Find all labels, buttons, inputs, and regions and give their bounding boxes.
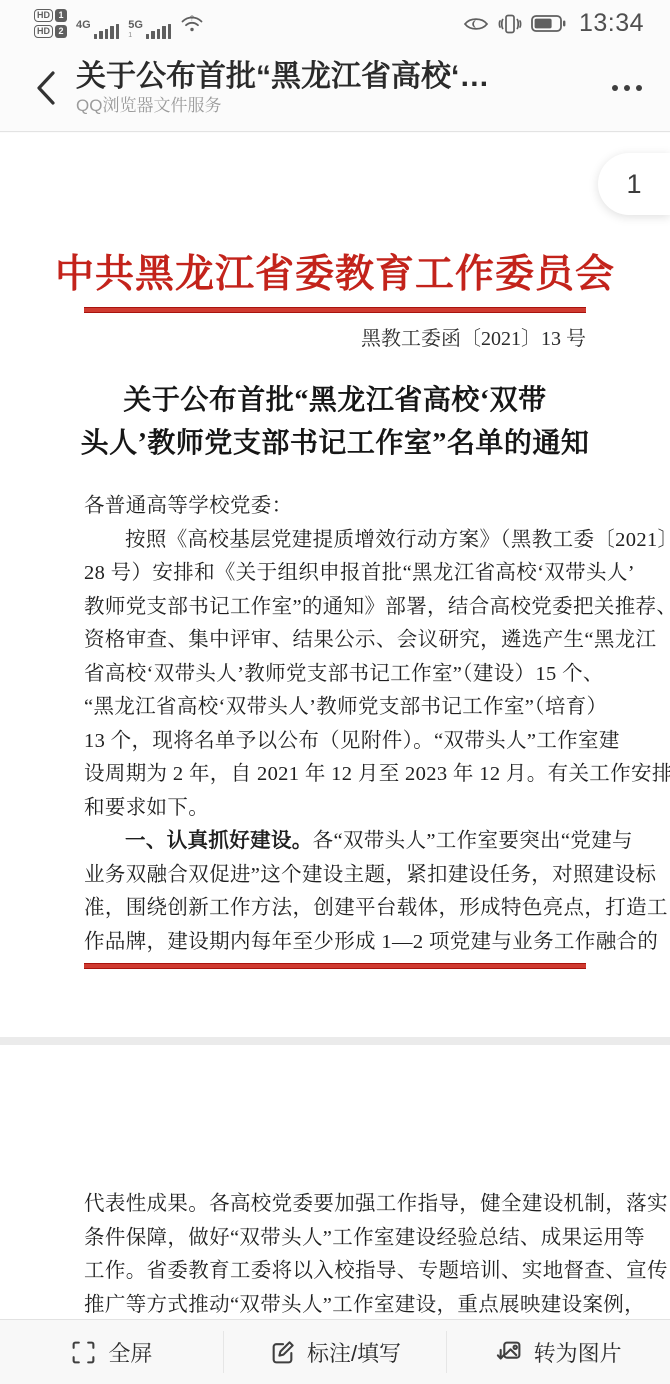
signal-4g-icon: 4G [76, 9, 119, 39]
document-title: 关于公布首批“黑龙江省高校‘双带 头人’教师党支部书记工作室”名单的通知 [0, 379, 670, 465]
net-4g-label: 4G [76, 20, 91, 31]
doc-text-line: 作品牌，建设期内每年至少形成 1—2 项党建与业务工作融合的 [84, 926, 586, 960]
clock-time: 13:34 [579, 9, 644, 38]
net-5g-label: 5G [128, 20, 143, 31]
battery-icon [531, 15, 566, 32]
to-image-icon [496, 1339, 523, 1366]
phone-screen: HD 1 HD 2 4G 5G1 [0, 0, 670, 1384]
doc-text-line: 13 个，现将名单予以公布（见附件）。“双带头人”工作室建 [84, 725, 586, 759]
doc-text-line: 准，围绕创新工作方法，创建平台载体，形成特色亮点，打造工 [84, 892, 586, 926]
doc-text-line: 一、认真抓好建设。各“双带头人”工作室要突出“党建与 [84, 825, 586, 859]
to-image-label: 转为图片 [534, 1337, 622, 1368]
eye-comfort-icon [463, 16, 489, 32]
bottom-toolbar: 全屏 标注/填写 转为图片 [0, 1319, 670, 1384]
doc-text-line: 工作。省委教育工委将以入校指导、专题培训、实地督查、宣传 [84, 1255, 586, 1289]
chevron-left-icon [34, 69, 58, 107]
hd-volte-icons: HD 1 HD 2 [34, 9, 67, 38]
hd-badge: HD [34, 9, 53, 22]
doc-text-line: 业务双融合双促进”这个建设主题，紧扣建设任务，对照建设标 [84, 859, 586, 893]
signal-5g-icon: 5G1 [128, 9, 171, 39]
page-number-indicator: 1 [598, 153, 670, 215]
svg-text:?: ? [190, 16, 194, 23]
doc-text-line: 代表性成果。各高校党委要加强工作指导，健全建设机制，落实 [84, 1188, 586, 1222]
annotate-icon [269, 1339, 296, 1366]
convert-to-image-button[interactable]: 转为图片 [447, 1320, 670, 1384]
document-number: 黑教工委函〔2021〕13 号 [84, 326, 586, 352]
doc-text-line: 各普通高等学校党委： [84, 490, 586, 524]
doc-text-line: 教师党支部书记工作室”的通知》部署，结合高校党委把关推荐、 [84, 591, 586, 625]
issuing-authority-header: 中共黑龙江省委教育工作委员会 [0, 252, 670, 298]
fullscreen-icon [70, 1339, 97, 1366]
document-page-1: 中共黑龙江省委教育工作委员会 黑教工委函〔2021〕13 号 关于公布首批“黑龙… [0, 133, 670, 1037]
document-body-page2: 代表性成果。各高校党委要加强工作指导，健全建设机制，落实条件保障，做好“双带头人… [84, 1188, 586, 1320]
doc-text-line: “黑龙江省高校‘双带头人’教师党支部书记工作室”（培育） [84, 691, 586, 725]
annotate-button[interactable]: 标注/填写 [224, 1320, 447, 1384]
doc-text-line: 和要求如下。 [84, 792, 586, 826]
doc-text-line: 28 号）安排和《关于组织申报首批“黑龙江省高校‘双带头人’ [84, 557, 586, 591]
doc-text-line: 推广等方式推动“双带头人”工作室建设，重点展映建设案例， [84, 1289, 586, 1321]
more-menu-button[interactable] [610, 75, 644, 101]
annotate-label: 标注/填写 [307, 1337, 401, 1368]
signal-bars [94, 24, 120, 39]
document-title-line2: 头人’教师党支部书记工作室”名单的通知 [0, 422, 670, 465]
nav-bar: 关于公布首批“黑龙江省高校‘… QQ浏览器文件服务 [0, 45, 670, 132]
net-5g-sub: 1 [128, 32, 132, 39]
hd-badge: HD [34, 25, 53, 38]
document-body-page1: 各普通高等学校党委：按照《高校基层党建提质增效行动方案》（黑教工委〔2021〕2… [84, 490, 586, 959]
back-button[interactable] [34, 69, 58, 107]
sim2-number: 2 [55, 25, 67, 38]
status-bar: HD 1 HD 2 4G 5G1 [0, 0, 670, 45]
doc-text-line: 按照《高校基层党建提质增效行动方案》（黑教工委〔2021〕 [84, 524, 586, 558]
status-right: 13:34 [463, 9, 644, 38]
file-source: QQ浏览器文件服务 [76, 96, 598, 116]
document-page-2: 代表性成果。各高校党委要加强工作指导，健全建设机制，落实条件保障，做好“双带头人… [0, 1045, 670, 1320]
hd-volte-sim1-icon: HD 1 [34, 9, 67, 22]
status-left: HD 1 HD 2 4G 5G1 [34, 9, 204, 39]
doc-text-line: 条件保障，做好“双带头人”工作室建设经验总结、成果运用等 [84, 1222, 586, 1256]
fullscreen-button[interactable]: 全屏 [0, 1320, 223, 1384]
red-divider-line [84, 307, 586, 313]
nav-titles: 关于公布首批“黑龙江省高校‘… QQ浏览器文件服务 [76, 60, 598, 116]
document-title-line1: 关于公布首批“黑龙江省高校‘双带 [0, 379, 670, 422]
doc-text-line: 设周期为 2 年，自 2021 年 12 月至 2023 年 12 月。有关工作… [84, 758, 586, 792]
wifi-icon: ? [180, 14, 204, 33]
vibrate-icon [498, 14, 522, 34]
sim1-number: 1 [55, 9, 67, 22]
page-separator [0, 1037, 670, 1045]
fullscreen-label: 全屏 [108, 1337, 152, 1368]
red-footer-line [84, 963, 586, 969]
doc-text-line: 省高校‘双带头人’教师党支部书记工作室”（建设）15 个、 [84, 658, 586, 692]
signal-bars [146, 24, 172, 39]
document-viewer[interactable]: 中共黑龙江省委教育工作委员会 黑教工委函〔2021〕13 号 关于公布首批“黑龙… [0, 133, 670, 1320]
file-title: 关于公布首批“黑龙江省高校‘… [76, 60, 598, 94]
doc-text-line: 资格审查、集中评审、结果公示、会议研究，遴选产生“黑龙江 [84, 624, 586, 658]
hd-volte-sim2-icon: HD 2 [34, 25, 67, 38]
